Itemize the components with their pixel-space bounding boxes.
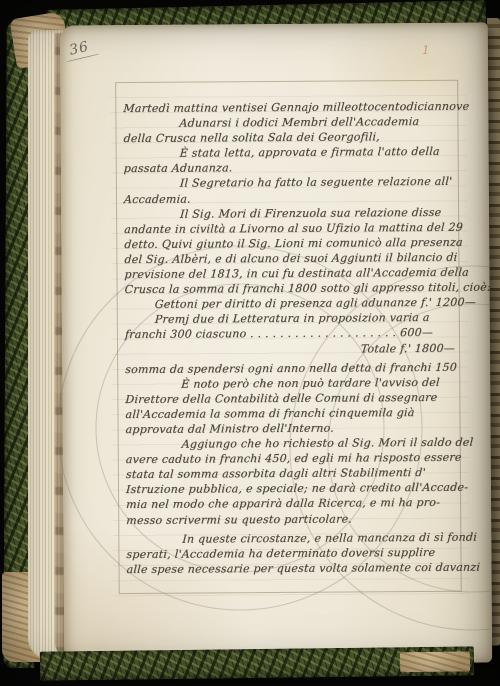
manuscript-line: messo scrivermi su questo particolare. [126, 510, 479, 528]
manuscript-line: franchi 300 ciascuno . . . . . . . . . .… [124, 325, 477, 343]
scanned-manuscript-photo: 36 1 Martedì mattina ventisei Gennajo mi… [0, 0, 500, 686]
manuscript-page: 36 1 Martedì mattina ventisei Gennajo mi… [60, 23, 492, 666]
manuscript-line: alle spese necessarie per questa volta s… [126, 559, 479, 577]
book-cover-bottom-edge [40, 646, 474, 680]
manuscript-line: Totale f.' 1800— [125, 340, 478, 358]
worn-cover-bottom-right [400, 651, 470, 672]
manuscript-line: mia nel modo che apparirà dalla Ricerca,… [126, 495, 479, 513]
red-folio-mark: 1 [422, 43, 434, 59]
page-number: 36 [68, 34, 112, 67]
handwritten-text-block: Martedì mattina ventisei Gennajo milleot… [123, 99, 478, 577]
